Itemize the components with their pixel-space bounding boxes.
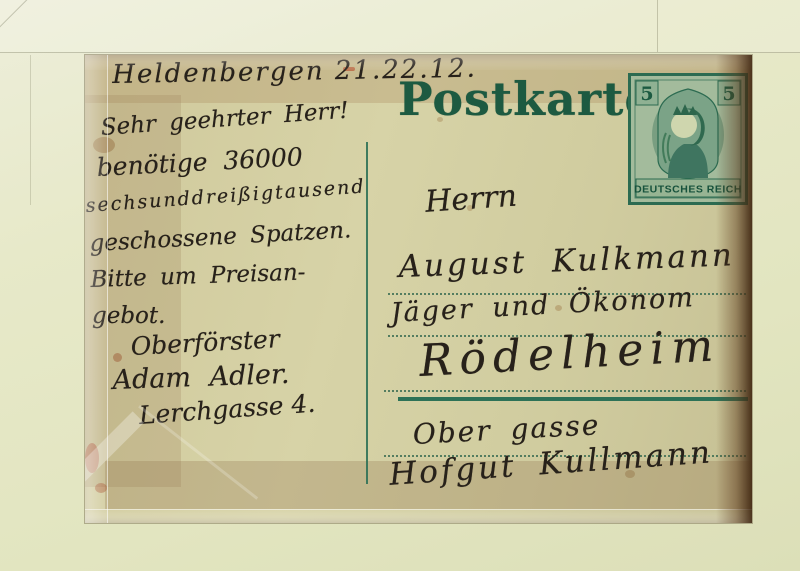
mat-vertical-seam (657, 0, 658, 52)
mat-left-seam (30, 55, 31, 205)
glass-bevel-bottom (85, 509, 752, 523)
window-right-shadow (716, 55, 752, 523)
address-town: Rödelheim (418, 320, 721, 387)
address-divider-line (366, 142, 368, 484)
address-recipient-title: Jäger und Ökonom (390, 282, 696, 329)
mat-top-seam (0, 0, 800, 53)
address-salutation: Herrn (424, 179, 518, 220)
display-window: Postkarte 5 5 DEUTSCHES REICH Heldenberg… (85, 55, 752, 523)
stamp-denomination: 5 (640, 83, 653, 105)
glass-bevel-top (85, 55, 752, 70)
germania-face (671, 112, 697, 138)
framed-postcard-photograph: Postkarte 5 5 DEUTSCHES REICH Heldenberg… (0, 0, 800, 571)
address-rule-line (398, 397, 748, 401)
stain (113, 353, 122, 362)
address-dotted-line (384, 390, 746, 392)
address-recipient-name: August Kulkmann (398, 237, 735, 285)
sender-name-line: Adam Adler. (112, 359, 290, 396)
